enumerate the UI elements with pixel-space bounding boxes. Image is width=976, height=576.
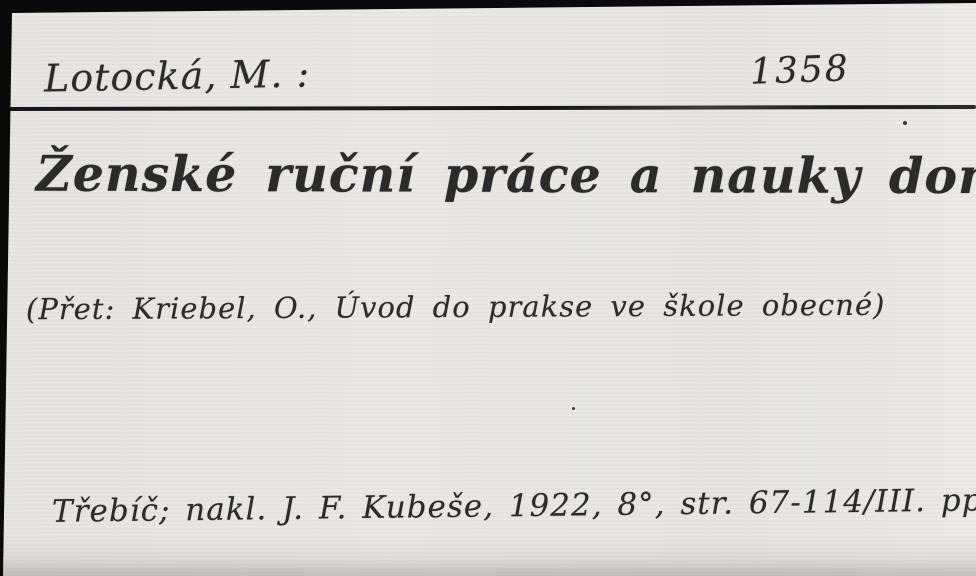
header-ink-rule (8, 105, 976, 111)
card-title: Ženské ruční práce a nauky domácí. (36, 145, 976, 206)
reference-note: (Přet: Kriebel, O., Úvod do prakse ve šk… (26, 288, 886, 326)
author-heading: Lotocká, M. : (44, 51, 311, 100)
card-call-number: 1358 (749, 48, 850, 92)
ink-speck (903, 121, 907, 125)
imprint-line: Třebíč; nakl. J. F. Kubeše, 1922, 8°, st… (52, 482, 976, 530)
ink-speck (572, 407, 575, 410)
catalog-card: Lotocká, M. : 1358 Ženské ruční práce a … (0, 0, 976, 576)
scan-background: Lotocká, M. : 1358 Ženské ruční práce a … (0, 0, 976, 576)
